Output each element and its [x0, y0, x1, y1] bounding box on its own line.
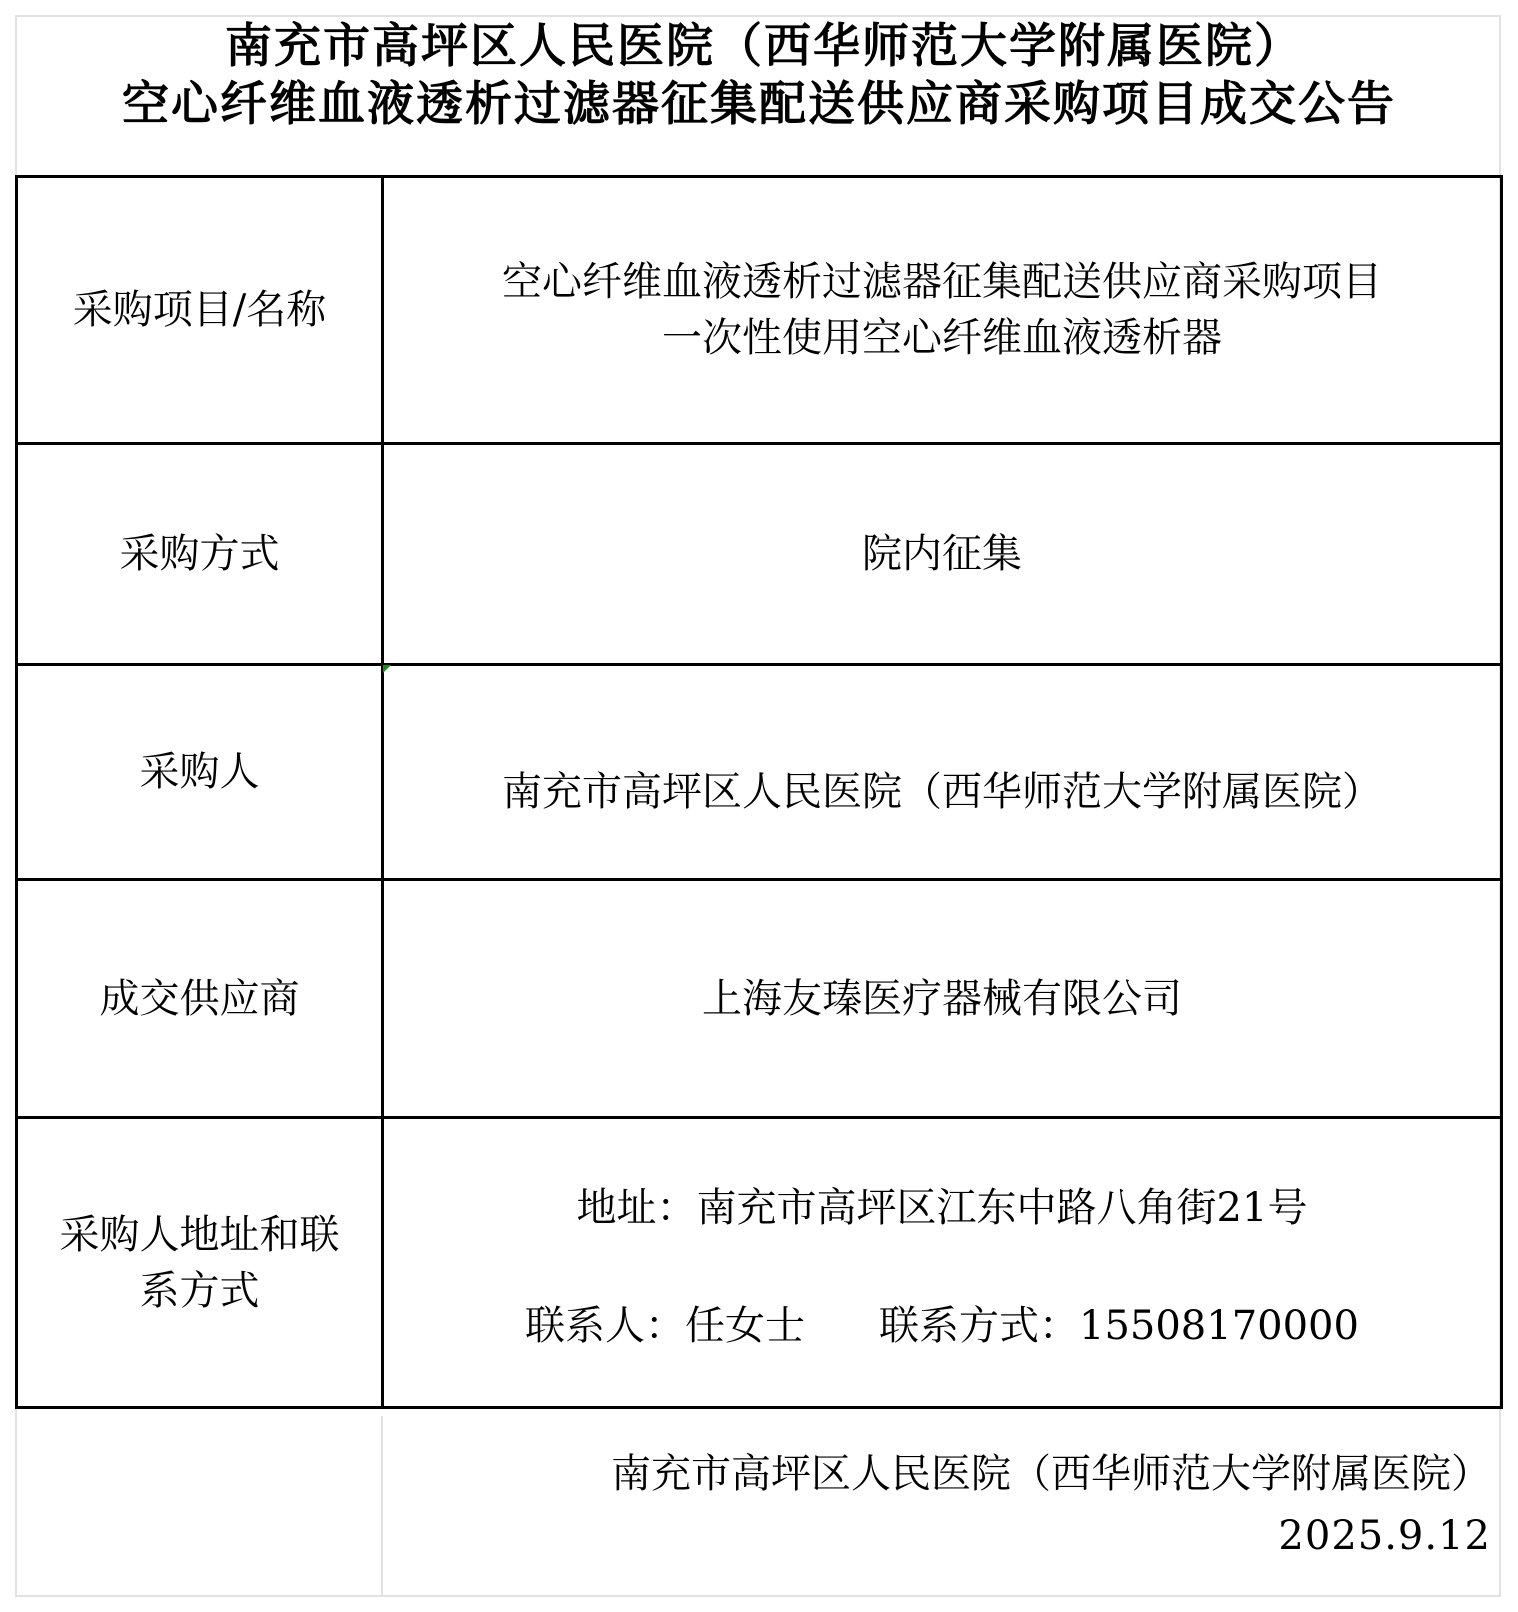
project-name-line2: 一次性使用空心纤维血液透析器	[384, 310, 1500, 366]
signature-block: 南充市高坪区人民医院（西华师范大学附属医院） 2025.9.12	[381, 1416, 1501, 1596]
label-winning-supplier: 成交供应商	[17, 880, 383, 1118]
label-procurement-method: 采购方式	[17, 444, 383, 665]
label-contact-line2: 系方式	[35, 1263, 365, 1319]
table-row-contact: 采购人地址和联 系方式 地址：南充市高坪区江东中路八角街21号 联系人：任女士联…	[17, 1118, 1502, 1408]
value-procurement-method: 院内征集	[383, 444, 1502, 665]
table-row-procurement-method: 采购方式 院内征集	[17, 444, 1502, 665]
label-contact-line1: 采购人地址和联	[35, 1207, 365, 1263]
project-name-line1: 空心纤维血液透析过滤器征集配送供应商采购项目	[384, 254, 1500, 310]
value-winning-supplier: 上海友瑧医疗器械有限公司	[383, 880, 1502, 1118]
signature-date: 2025.9.12	[1278, 1508, 1491, 1564]
value-project-name: 空心纤维血液透析过滤器征集配送供应商采购项目 一次性使用空心纤维血液透析器	[383, 177, 1502, 444]
title-line-project: 空心纤维血液透析过滤器征集配送供应商采购项目成交公告	[15, 76, 1503, 134]
announcement-title: 南充市高坪区人民医院（西华师范大学附属医院） 空心纤维血液透析过滤器征集配送供应…	[15, 18, 1503, 134]
table-row-winning-supplier: 成交供应商 上海友瑧医疗器械有限公司	[17, 880, 1502, 1118]
title-line-hospital: 南充市高坪区人民医院（西华师范大学附属医院）	[15, 18, 1503, 76]
label-purchaser: 采购人	[17, 665, 383, 880]
label-project-name: 采购项目/名称	[17, 177, 383, 444]
purchaser-address: 地址：南充市高坪区江东中路八角街21号	[384, 1180, 1500, 1236]
value-contact: 地址：南充市高坪区江东中路八角街21号 联系人：任女士联系方式：15508170…	[383, 1118, 1502, 1408]
label-contact: 采购人地址和联 系方式	[17, 1118, 383, 1408]
cell-comment-marker-icon	[383, 665, 391, 673]
table-row-project-name: 采购项目/名称 空心纤维血液透析过滤器征集配送供应商采购项目 一次性使用空心纤维…	[17, 177, 1502, 444]
contact-person: 联系人：任女士	[525, 1303, 805, 1349]
signature-organization: 南充市高坪区人民医院（西华师范大学附属医院）	[611, 1446, 1491, 1502]
purchaser-name: 南充市高坪区人民医院（西华师范大学附属医院）	[384, 764, 1500, 820]
table-row-purchaser: 采购人 南充市高坪区人民医院（西华师范大学附属医院）	[17, 665, 1502, 880]
value-purchaser: 南充市高坪区人民医院（西华师范大学附属医院）	[383, 665, 1502, 880]
contact-phone: 联系方式：15508170000	[879, 1303, 1359, 1349]
announcement-table: 采购项目/名称 空心纤维血液透析过滤器征集配送供应商采购项目 一次性使用空心纤维…	[15, 175, 1503, 1409]
